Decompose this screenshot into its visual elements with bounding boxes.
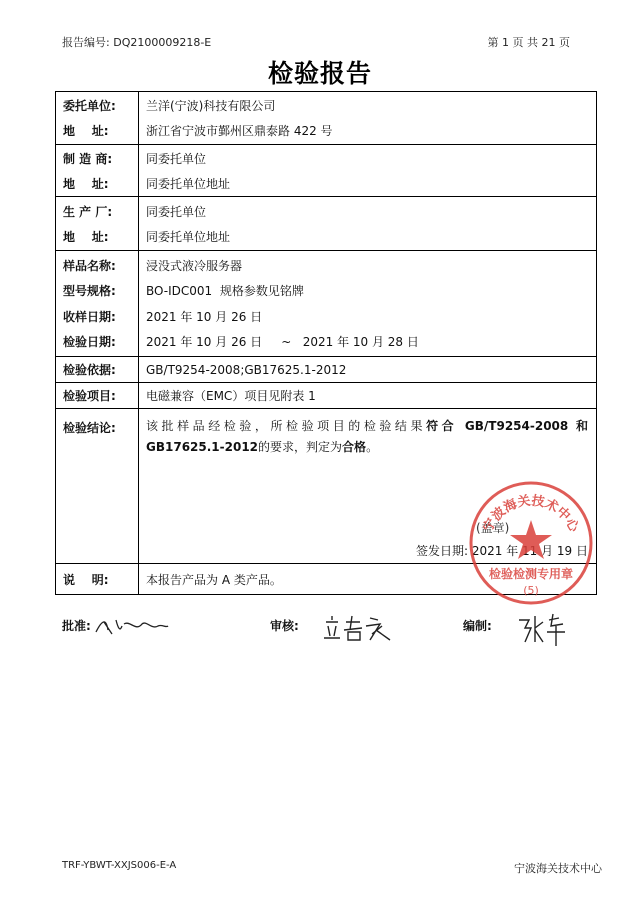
official-seal-icon: 宁波海关技术中心 检验检测专用章 (5) bbox=[466, 478, 596, 608]
report-number-label: 报告编号: bbox=[62, 36, 110, 49]
manufacturer-address-row: 地 址: 同委托单位地址 bbox=[56, 172, 596, 196]
page-title: 检验报告 bbox=[0, 54, 640, 90]
items-row: 检验项目: 电磁兼容（EMC）项目见附表 1 bbox=[56, 384, 596, 408]
client-label: 委托单位: bbox=[56, 94, 138, 118]
divider bbox=[56, 196, 596, 197]
divider bbox=[56, 356, 596, 357]
manufacturer-address-label: 地 址: bbox=[56, 172, 138, 196]
manufacturer-label: 制 造 商: bbox=[56, 147, 138, 171]
basis-value: GB/T9254-2008;GB17625.1-2012 bbox=[146, 358, 588, 382]
manufacturer-value: 同委托单位 bbox=[146, 147, 588, 171]
received-date-row: 收样日期: 2021 年 10 月 26 日 bbox=[56, 305, 596, 329]
client-row: 委托单位: 兰洋(宁波)科技有限公司 bbox=[56, 94, 596, 118]
conclusion-label: 检验结论: bbox=[56, 416, 138, 440]
inspection-date-row: 检验日期: 2021 年 10 月 26 日 ~ 2021 年 10 月 28 … bbox=[56, 330, 596, 354]
conclusion-part: 该批样品经检验，所检验项目的检验结果 bbox=[146, 419, 426, 433]
page-info: 第 1 页 共 21 页 bbox=[488, 34, 570, 50]
footer-org: 宁波海关技术中心 bbox=[514, 860, 602, 876]
note-label: 说 明: bbox=[56, 568, 138, 592]
factory-address-row: 地 址: 同委托单位地址 bbox=[56, 225, 596, 249]
form-code: TRF-YBWT-XXJS006-E-A bbox=[62, 860, 176, 871]
divider bbox=[56, 144, 596, 145]
divider bbox=[56, 408, 596, 409]
divider bbox=[56, 382, 596, 383]
manufacturer-row: 制 造 商: 同委托单位 bbox=[56, 147, 596, 171]
approver-signature-icon bbox=[92, 612, 172, 640]
model-value: BO-IDC001 规格参数见铭牌 bbox=[146, 279, 588, 303]
received-date-value: 2021 年 10 月 26 日 bbox=[146, 305, 588, 329]
sample-name-label: 样品名称: bbox=[56, 254, 138, 278]
report-number-value: DQ2100009218-E bbox=[113, 36, 211, 49]
compile-label: 编制: bbox=[463, 617, 492, 634]
svg-text:(5): (5) bbox=[523, 584, 539, 597]
conclusion-part: 的要求，判定为 bbox=[258, 440, 342, 454]
client-address-label: 地 址: bbox=[56, 119, 138, 143]
model-label: 型号规格: bbox=[56, 279, 138, 303]
manufacturer-address-value: 同委托单位地址 bbox=[146, 172, 588, 196]
basis-row: 检验依据: GB/T9254-2008;GB17625.1-2012 bbox=[56, 358, 596, 382]
inspection-date-label: 检验日期: bbox=[56, 330, 138, 354]
sample-name-row: 样品名称: 浸没式液冷服务器 bbox=[56, 254, 596, 278]
factory-address-label: 地 址: bbox=[56, 225, 138, 249]
compiler-signature-icon bbox=[515, 612, 570, 648]
review-label: 审核: bbox=[270, 617, 299, 634]
received-date-label: 收样日期: bbox=[56, 305, 138, 329]
items-value: 电磁兼容（EMC）项目见附表 1 bbox=[146, 384, 588, 408]
inspection-date-value: 2021 年 10 月 26 日 ~ 2021 年 10 月 28 日 bbox=[146, 330, 588, 354]
items-label: 检验项目: bbox=[56, 384, 138, 408]
model-row: 型号规格: BO-IDC001 规格参数见铭牌 bbox=[56, 279, 596, 303]
conclusion-end: 。 bbox=[366, 440, 378, 454]
report-number: 报告编号: DQ2100009218-E bbox=[62, 34, 211, 50]
factory-address-value: 同委托单位地址 bbox=[146, 225, 588, 249]
svg-text:检验检测专用章: 检验检测专用章 bbox=[489, 566, 573, 581]
client-address-value: 浙江省宁波市鄞州区鼎泰路 422 号 bbox=[146, 119, 588, 143]
factory-label: 生 产 厂: bbox=[56, 200, 138, 224]
client-address-row: 地 址: 浙江省宁波市鄞州区鼎泰路 422 号 bbox=[56, 119, 596, 143]
factory-row: 生 产 厂: 同委托单位 bbox=[56, 200, 596, 224]
reviewer-signature-icon bbox=[320, 612, 400, 644]
conclusion-text: 该批样品经检验，所检验项目的检验结果符合 GB/T9254-2008 和 GB1… bbox=[146, 416, 588, 458]
client-value: 兰洋(宁波)科技有限公司 bbox=[146, 94, 588, 118]
basis-label: 检验依据: bbox=[56, 358, 138, 382]
conclusion-result: 合格 bbox=[342, 440, 366, 454]
sample-name-value: 浸没式液冷服务器 bbox=[146, 254, 588, 278]
factory-value: 同委托单位 bbox=[146, 200, 588, 224]
approve-label: 批准: bbox=[62, 617, 91, 634]
divider bbox=[56, 250, 596, 251]
